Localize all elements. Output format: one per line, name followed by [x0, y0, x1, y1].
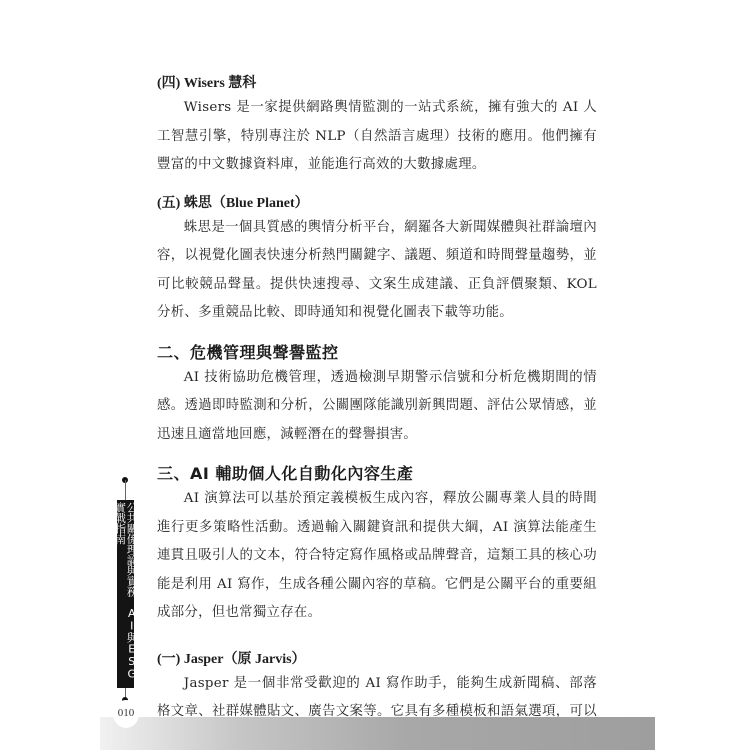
page-content: (四) Wisers 慧科 Wisers 是一家提供網路輿情監測的一站式系統，擁…: [157, 74, 597, 750]
bottom-gradient-band: [100, 717, 655, 750]
subheading-wisers: (四) Wisers 慧科: [157, 74, 597, 94]
heading-ai-content-production: 三、AI 輔助個人化自動化內容生產: [157, 463, 597, 485]
paragraph-blue-planet: 蛛思是一個具質感的輿情分析平台，網羅各大新聞媒體與社群論壇內容，以視覺化圖表快速…: [157, 214, 597, 328]
paragraph-ai-content-production: AI 演算法可以基於預定義模板生成內容，釋放公關專業人員的時間進行更多策略性活動…: [157, 485, 597, 628]
page-number: 010: [112, 707, 140, 719]
book-page: (四) Wisers 慧科 Wisers 是一家提供網路輿情監測的一站式系統，擁…: [0, 0, 750, 750]
heading-crisis-management: 二、危機管理與聲譽監控: [157, 342, 597, 364]
book-title-side-tab: 公共關係理論與實務：AI與ESG實戰指南: [117, 500, 134, 688]
subheading-blue-planet: (五) 蛛思（Blue Planet）: [157, 194, 597, 214]
subheading-jasper: (一) Jasper（原 Jarvis）: [157, 650, 597, 670]
paragraph-crisis-management: AI 技術協助危機管理，透過檢測早期警示信號和分析危機期間的情感。透過即時監測和…: [157, 364, 597, 450]
paragraph-wisers: Wisers 是一家提供網路輿情監測的一站式系統，擁有強大的 AI 人工智慧引擎…: [157, 94, 597, 180]
